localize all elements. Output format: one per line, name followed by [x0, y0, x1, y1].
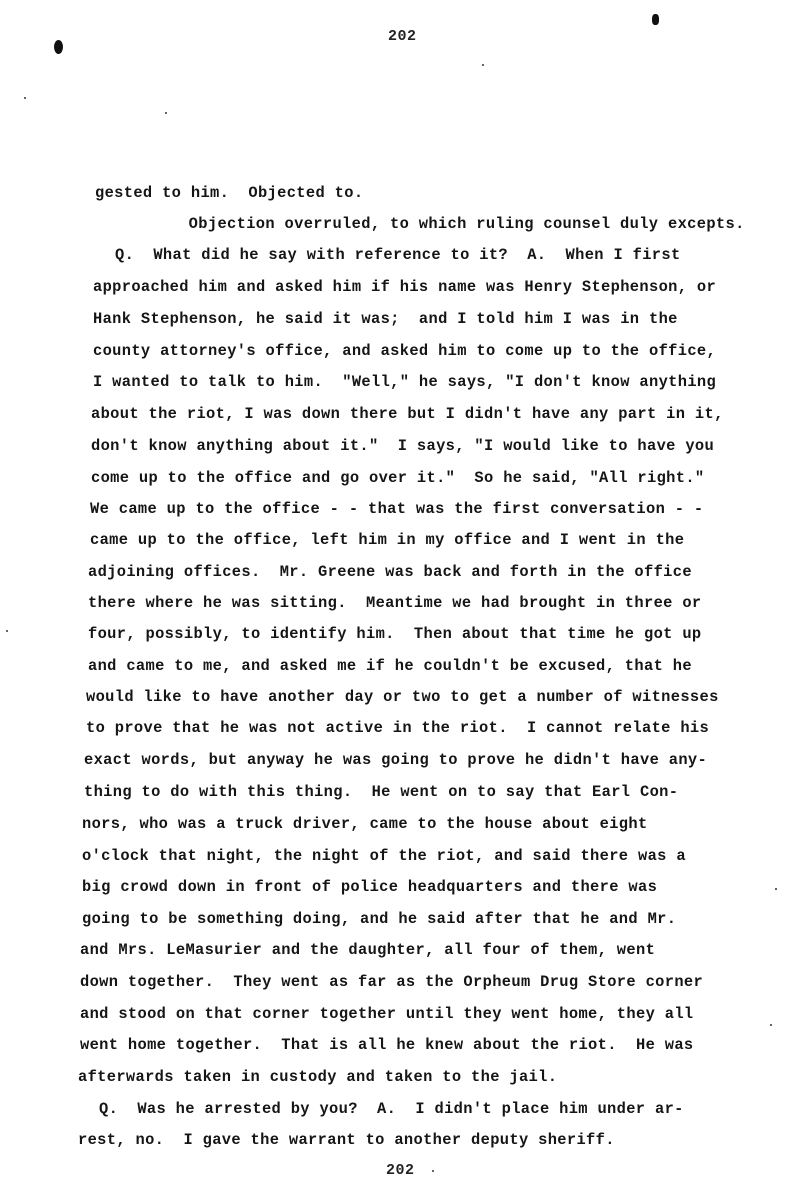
punch-hole-mark — [54, 40, 63, 54]
scan-speck — [482, 64, 484, 66]
text-line: and came to me, and asked me if he could… — [88, 657, 692, 675]
text-line: down together. They went as far as the O… — [80, 973, 703, 991]
text-line: came up to the office, left him in my of… — [90, 531, 684, 549]
scan-speck — [770, 1024, 772, 1026]
text-line: going to be something doing, and he said… — [82, 910, 676, 928]
text-line: went home together. That is all he knew … — [80, 1036, 694, 1054]
text-line: Objection overruled, to which ruling cou… — [112, 215, 745, 233]
page-number-header: 202 — [388, 28, 417, 45]
text-line: adjoining offices. Mr. Greene was back a… — [88, 563, 692, 581]
scan-speck — [24, 97, 26, 99]
scan-speck — [432, 1170, 434, 1172]
text-line: four, possibly, to identify him. Then ab… — [88, 625, 702, 643]
text-line: afterwards taken in custody and taken to… — [78, 1068, 557, 1086]
text-line: exact words, but anyway he was going to … — [84, 751, 707, 769]
page-number-footer: 202 — [386, 1162, 415, 1179]
text-line: big crowd down in front of police headqu… — [82, 878, 657, 896]
text-line: there where he was sitting. Meantime we … — [88, 594, 702, 612]
text-line: Hank Stephenson, he said it was; and I t… — [93, 310, 678, 328]
text-line: rest, no. I gave the warrant to another … — [78, 1131, 615, 1149]
text-line: come up to the office and go over it." S… — [91, 469, 705, 487]
scan-speck — [775, 888, 777, 890]
text-line: o'clock that night, the night of the rio… — [82, 847, 686, 865]
text-line: approached him and asked him if his name… — [93, 278, 716, 296]
text-line: Q. What did he say with reference to it?… — [115, 246, 681, 264]
scan-speck — [6, 630, 8, 632]
text-line: and stood on that corner together until … — [80, 1005, 694, 1023]
text-line: and Mrs. LeMasurier and the daughter, al… — [80, 941, 655, 959]
text-line: Q. Was he arrested by you? A. I didn't p… — [99, 1100, 684, 1118]
text-line: would like to have another day or two to… — [86, 688, 719, 706]
text-line: nors, who was a truck driver, came to th… — [82, 815, 648, 833]
text-line: county attorney's office, and asked him … — [93, 342, 716, 360]
text-line: thing to do with this thing. He went on … — [84, 783, 678, 801]
text-line: We came up to the office - - that was th… — [90, 500, 704, 518]
ink-blot-mark — [652, 14, 659, 25]
scan-speck — [165, 112, 167, 114]
text-line: about the riot, I was down there but I d… — [91, 405, 724, 423]
text-line: I wanted to talk to him. "Well," he says… — [93, 373, 716, 391]
text-line: don't know anything about it." I says, "… — [91, 437, 714, 455]
text-line: gested to him. Objected to. — [95, 184, 363, 202]
text-line: to prove that he was not active in the r… — [86, 719, 709, 737]
